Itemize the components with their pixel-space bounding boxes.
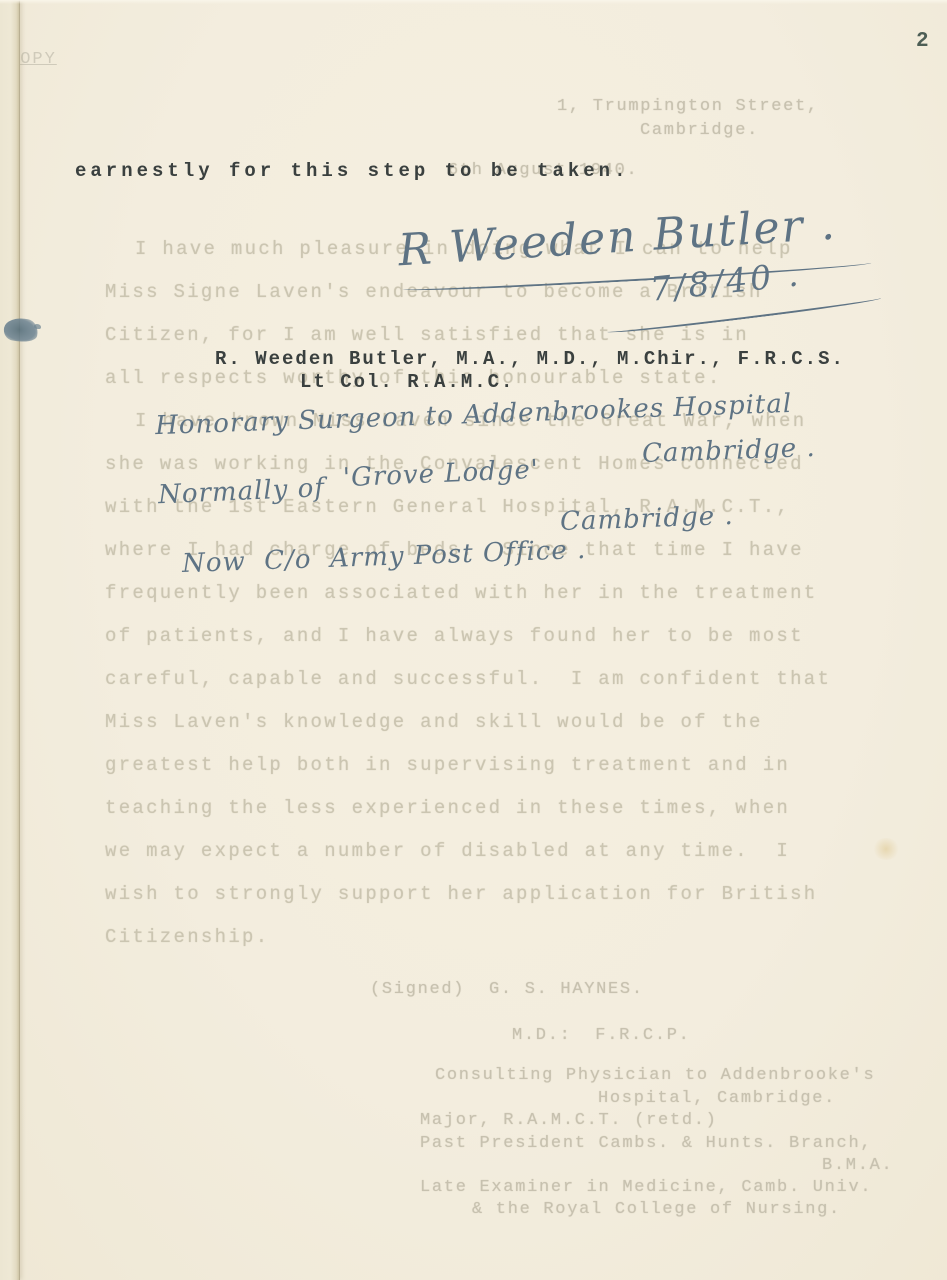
credential-line: Major, R.A.M.C.T. (retd.) [420, 1111, 718, 1130]
credential-line: B.M.A. [822, 1156, 893, 1175]
credential-line: Past President Cambs. & Hunts. Branch, [420, 1134, 872, 1153]
scanned-letter-page: COPY 2 1, Trumpington Street, Cambridge.… [0, 0, 947, 1280]
credential-line: Late Examiner in Medicine, Camb. Univ. [420, 1178, 872, 1197]
typed-body-line: wish to strongly support her application… [105, 883, 818, 905]
typed-body-line: frequently been associated with her in t… [105, 582, 818, 604]
typed-body-line: Citizenship. [105, 926, 269, 948]
handwritten-note-hospital: Honorary Surgeon to Addenbrookes Hospita… [155, 389, 793, 441]
typed-body-line: Miss Laven's knowledge and skill would b… [105, 711, 763, 733]
address-line-2: Cambridge. [640, 121, 759, 140]
typed-name: R. Weeden Butler, M.A., M.D., M.Chir., F… [215, 348, 845, 370]
credential-line: & the Royal College of Nursing. [472, 1200, 841, 1219]
paper-bound-edge [0, 0, 20, 1280]
address-line-1: 1, Trumpington Street, [557, 97, 819, 116]
typed-body-line: careful, capable and successful. I am co… [105, 668, 831, 690]
handwritten-signature-date: 7/8/40 . [648, 254, 802, 309]
paper-top-edge [0, 0, 947, 4]
typed-body-line: of patients, and I have always found her… [105, 625, 804, 647]
carryover-line: earnestly for this step to be taken. [75, 160, 629, 182]
page-number: 2 [916, 30, 929, 53]
handwritten-note-hospital-place: Cambridge . [642, 433, 817, 469]
typed-body-line: teaching the less experienced in these t… [105, 797, 790, 819]
credential-line: Consulting Physician to Addenbrooke's [435, 1066, 875, 1085]
typed-body-line: we may expect a number of disabled at an… [105, 840, 790, 862]
signed-line: (Signed) G. S. HAYNES. [370, 980, 644, 999]
paper-stain [872, 838, 900, 860]
handwritten-note-residence-place: Cambridge . [560, 501, 735, 537]
qualifications-line: M.D.: F.R.C.P. [512, 1026, 691, 1045]
ink-blot-fleck [34, 324, 41, 329]
credential-line: Hospital, Cambridge. [598, 1089, 836, 1108]
typed-body-line: greatest help both in supervising treatm… [105, 754, 790, 776]
typed-rank: Lt Col. R.A.M.C. [300, 371, 514, 393]
